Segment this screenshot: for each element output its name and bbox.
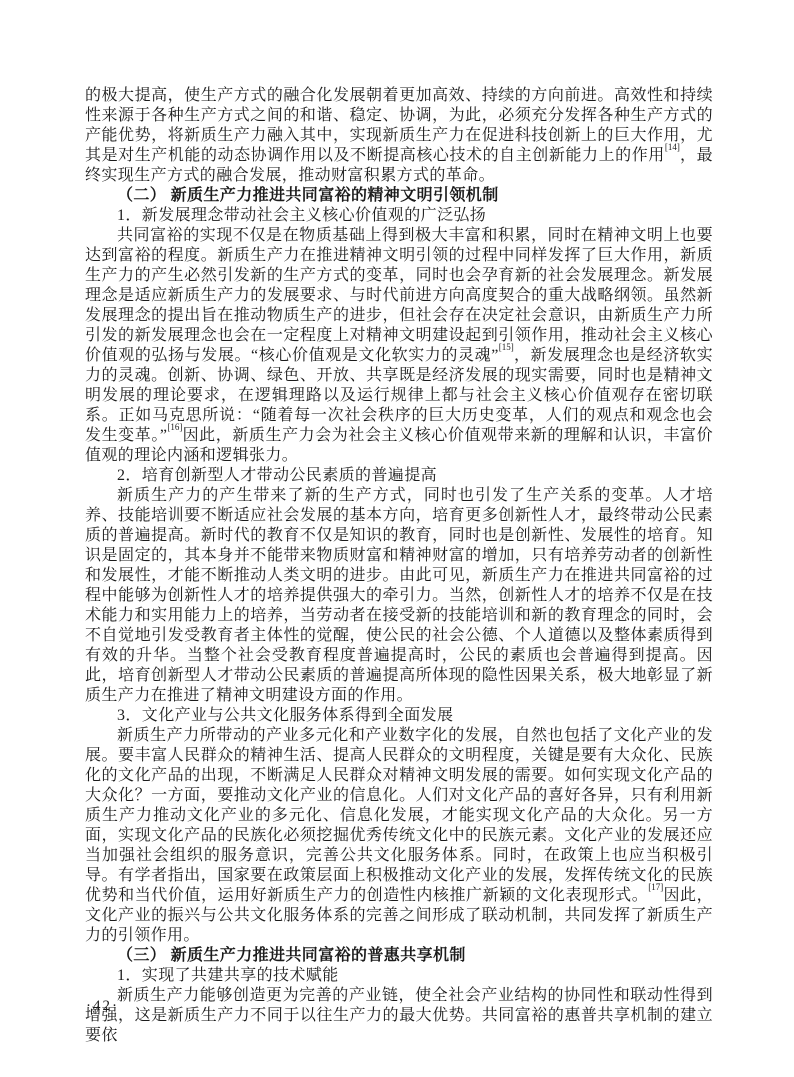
paragraph: 的极大提高，使生产方式的融合化发展朝着更加高效、持续的方向前进。高效性和持续性来… — [85, 86, 713, 186]
citation-ref: [14] — [665, 142, 680, 152]
citation-ref: [16] — [167, 422, 182, 432]
section-heading: （二） 新质生产力推进共同富裕的精神文明引领机制 — [85, 186, 713, 206]
section-heading: 1．实现了共建共享的技术赋能 — [85, 966, 713, 986]
paragraph: 共同富裕的实现不仅是在物质基础上得到极大丰富和积累，同时在精神文明上也要达到富裕… — [85, 226, 713, 466]
paragraph: 新质生产力所带动的产业多元化和产业数字化的发展，自然也包括了文化产业的发展。要丰… — [85, 726, 713, 946]
section-heading: 3．文化产业与公共文化服务体系得到全面发展 — [85, 706, 713, 726]
section-heading: 2．培育创新型人才带动公民素质的普遍提高 — [85, 466, 713, 486]
section-heading: 1．新发展理念带动社会主义核心价值观的广泛弘扬 — [85, 206, 713, 226]
document-page: 的极大提高，使生产方式的融合化发展朝着更加高效、持续的方向前进。高效性和持续性来… — [0, 0, 794, 1077]
document-body: 的极大提高，使生产方式的融合化发展朝着更加高效、持续的方向前进。高效性和持续性来… — [85, 86, 713, 1046]
paragraph: 新质生产力的产生带来了新的生产方式，同时也引发了生产关系的变革。人才培养、技能培… — [85, 486, 713, 706]
paragraph: 新质生产力能够创造更为完善的产业链，使全社会产业结构的协同性和联动性得到增强，这… — [85, 986, 713, 1046]
citation-ref: [15] — [499, 342, 514, 352]
section-heading: （三） 新质生产力推进共同富裕的普惠共享机制 — [85, 946, 713, 966]
citation-ref: [17] — [648, 882, 663, 892]
page-number: ·42· — [86, 998, 119, 1015]
